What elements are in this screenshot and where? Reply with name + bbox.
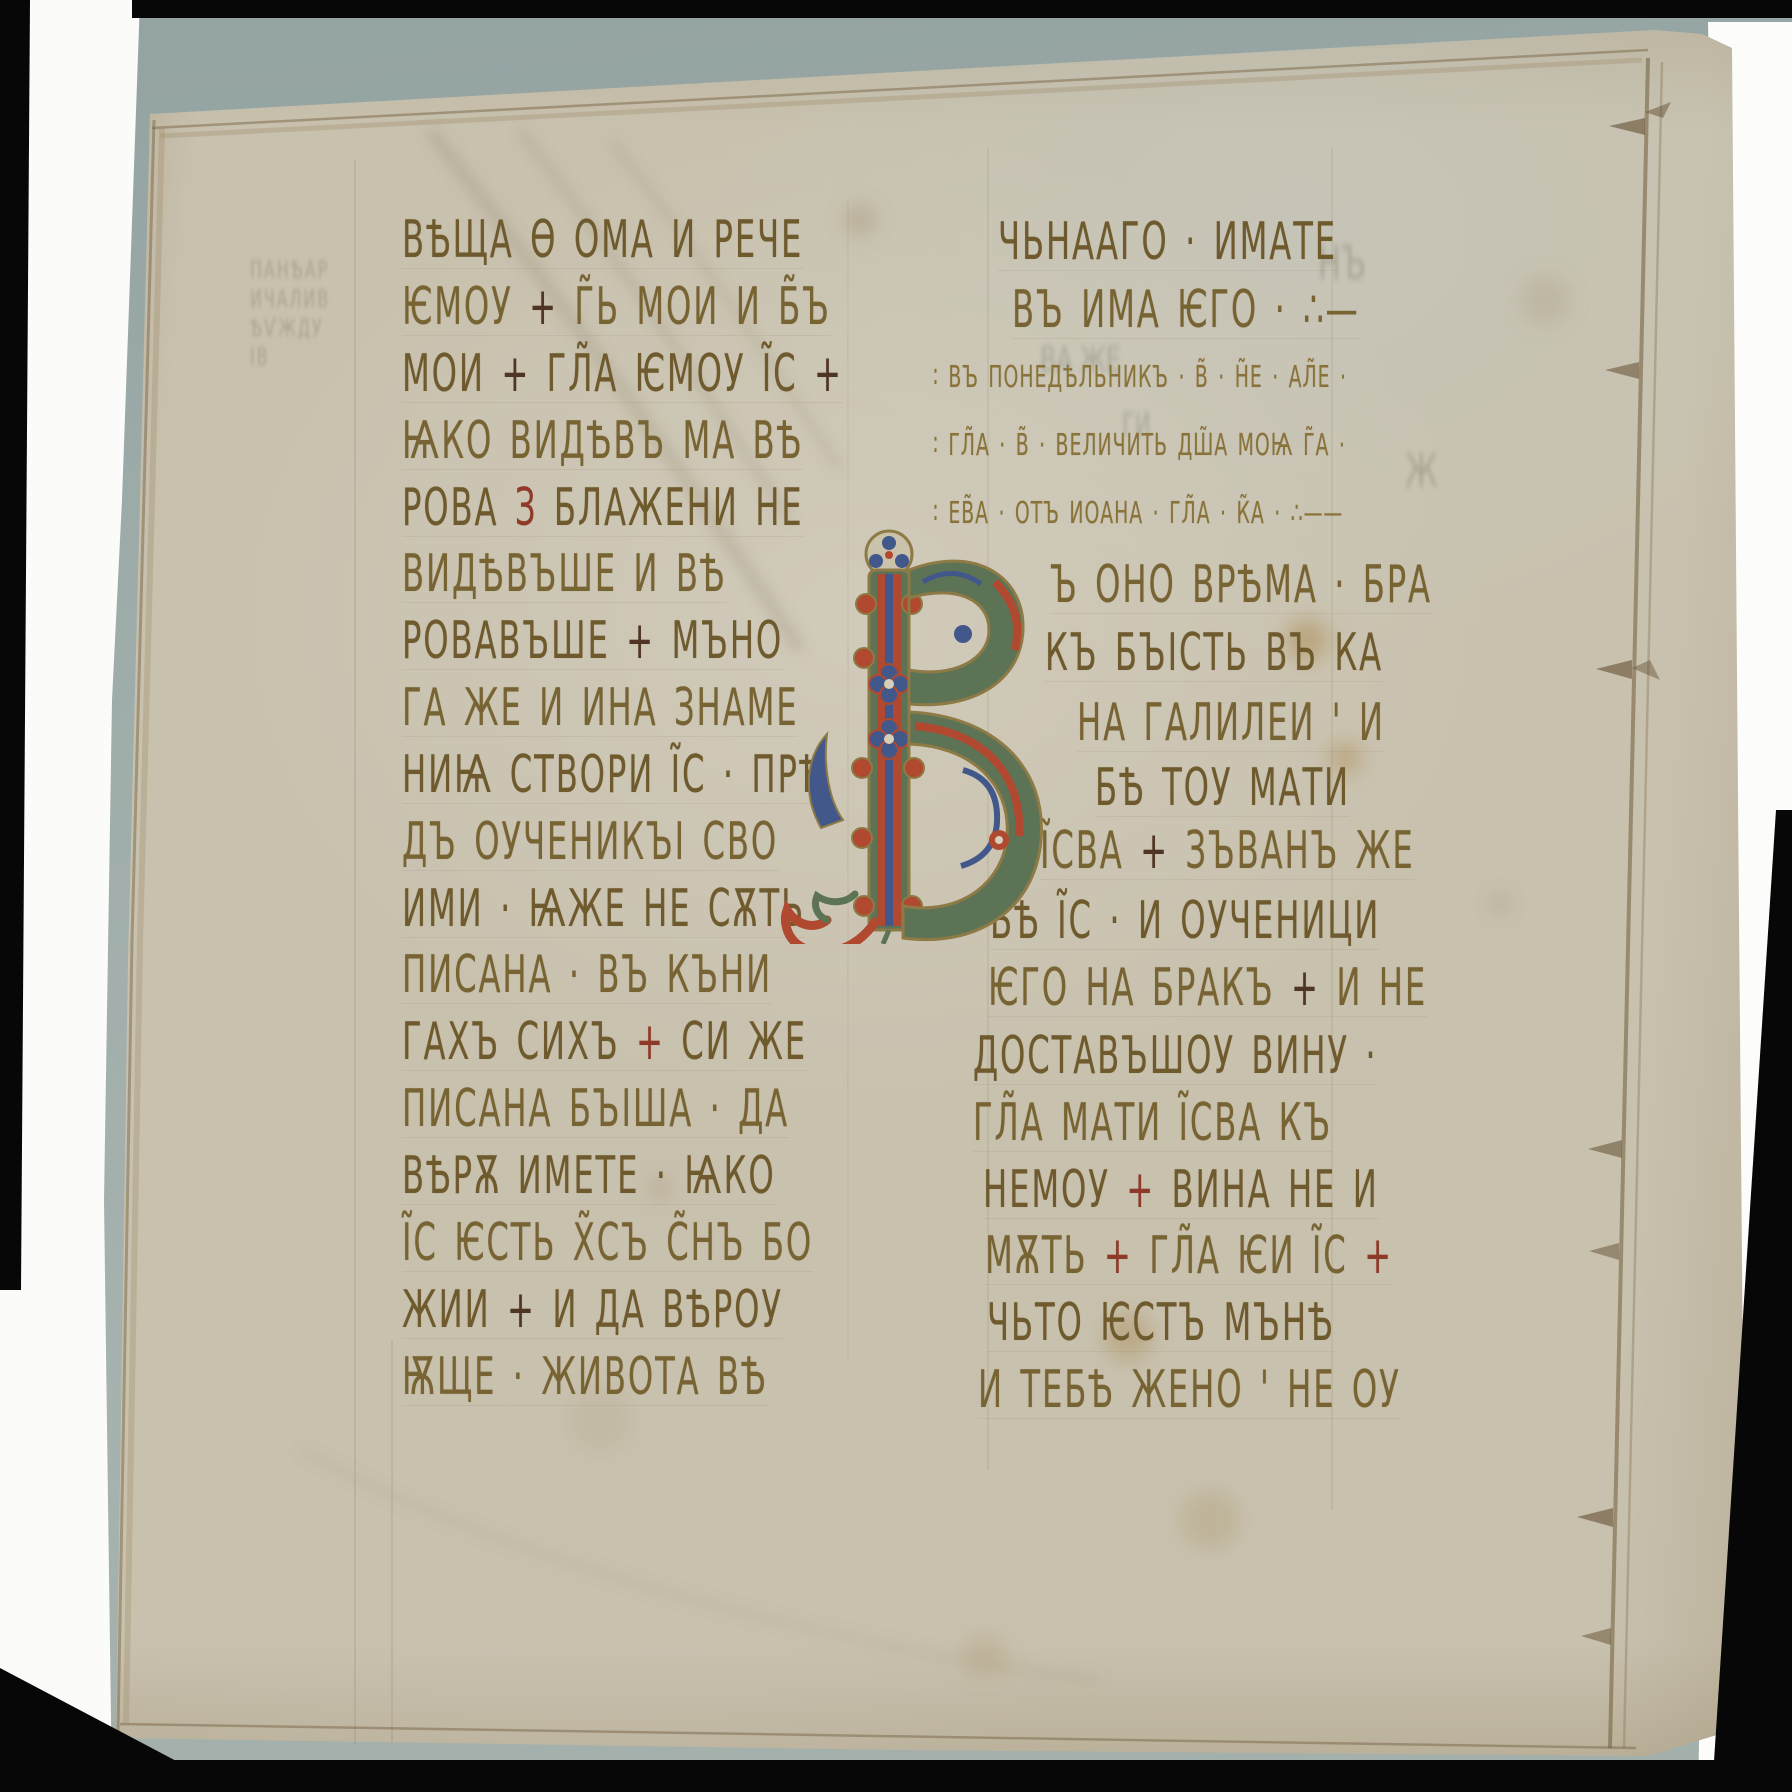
text-line: ИМИ · ѨЖЕ НЕ СѪТЬ (402, 881, 805, 938)
text-line: ДОСТАВЪШОУ ВИНУ · (973, 1028, 1377, 1085)
illuminated-initial-ve: В (763, 518, 1055, 944)
text-line: ДЪ ОУЧЕНИКЪІ СВО (402, 814, 778, 871)
text-line: ПИСАНА · ВЪ КЪНИ (402, 947, 772, 1004)
text-line: И ТЕБѢ ЖЕНО ' НЕ ОУ (978, 1362, 1401, 1419)
text-line: МѪТЬ + ГЛ̃А ѤИ І̃С + (985, 1228, 1393, 1285)
text-line: ГЛ̃А МАТИ І̃СВА КЪ (973, 1095, 1332, 1152)
rubric-line: ∶ ГЛ̃А · В̃ · ВЕЛИЧИТЬ ДШ̃А МОѨ Г̃А · (933, 428, 1346, 464)
text-line: НА ГАЛИЛЕИ ' И (1077, 695, 1385, 752)
text-line: ѤМОУ + Г̃Ь МОИ И Б̃Ъ (402, 279, 831, 336)
text-line: ГАХЪ СИХЪ + СИ ЖЕ (402, 1014, 807, 1071)
text-line: ЧЬНААГО · ИМАТЕ (998, 214, 1337, 271)
text-line: КЪ БЪІСТЬ ВЪ КА (1045, 625, 1383, 682)
bleedthrough-line: ѢѴЖДУ (250, 314, 330, 343)
bleedthrough-line: ПАНѢАР (250, 256, 330, 285)
text-line: БѢ ТОУ МАТИ (1095, 760, 1350, 817)
text-line: ВѢРѪ ИМЕТЕ · ѨКО (402, 1148, 776, 1205)
scanner-edge-top (132, 0, 1792, 18)
text-line: ѨКО ВИДѢВЪ МА ВѢ (402, 413, 803, 470)
text-line: РОВА З БЛАЖЕНИ НЕ (402, 480, 804, 537)
text-line: ПИСАНА БЪІША · ДА (402, 1081, 789, 1138)
photo-stage: ПАНѢАР ИЧАЛИВ ѢѴЖДУ ІВ НЪ Ж ВА ЖЕ ГИ ВѢЩ… (0, 0, 1792, 1792)
text-line: І̃С ѤСТЬ Х̃СЪ С̃НЪ БО (402, 1215, 813, 1272)
text-line: ВѢЩА Ѳ ОМА И РЕЧЕ (402, 212, 803, 269)
text-line: ЖИИ + И ДА ВѢРОУ (402, 1282, 783, 1339)
text-line: МОИ + ГЛ̃А ѤМОУ І̃С + (402, 346, 843, 403)
text-line: ВИДѢВЪШЕ И ВѢ (402, 546, 727, 603)
text-line: ВЪ ИМА ѤГО · ∴— (1012, 282, 1360, 339)
text-line: І̃СВА + ЗЪВАНЪ ЖЕ (1040, 823, 1415, 880)
text-line: ѬЩЕ · ЖИВОТА ВѢ (402, 1349, 768, 1406)
scanner-edge-bottom (0, 1760, 1792, 1792)
text-line: ЧЬТО ѤСТЪ МЪНѢ (987, 1295, 1335, 1352)
rubric-line: ∶ ВЪ ПОНЕДѢЛЬНИКЪ · В̃ · Н̃Е · АЛ̃Е · (933, 360, 1347, 396)
bleedthrough-mark: Ж (1405, 444, 1438, 498)
text-line: НЕМОУ + ВИНА НЕ И (983, 1162, 1379, 1219)
text-line: РОВАВЪШЕ + МЪНО (402, 613, 783, 670)
text-line: Ъ ОНО ВРѢМА · БРА (1050, 557, 1432, 614)
bleedthrough-line: ИЧАЛИВ (250, 285, 330, 314)
bleedthrough-line: ІВ (250, 343, 330, 372)
text-line: ѤГО НА БРАКЪ + И НЕ (988, 960, 1427, 1017)
text-line: НИѨ СТВОРИ І̃С · ПРѢ (402, 747, 825, 804)
bleedthrough-block: ПАНѢАР ИЧАЛИВ ѢѴЖДУ ІВ (250, 256, 330, 372)
text-line: ГА ЖЕ И ИНА ЗНАМЕ (402, 680, 798, 737)
